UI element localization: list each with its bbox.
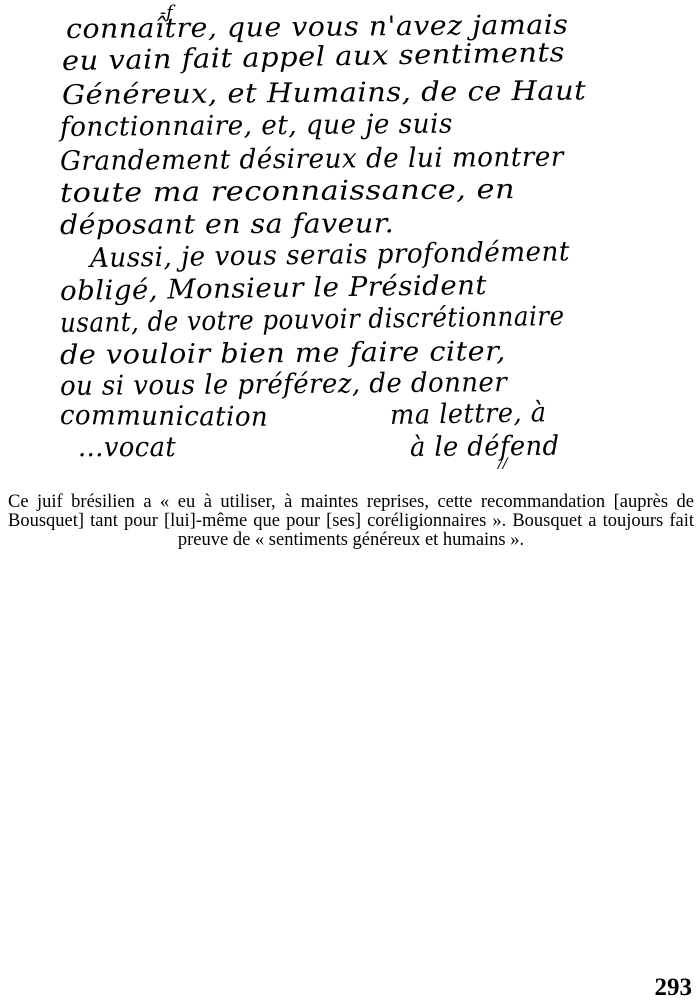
- handwritten-letter-image: -f connaître, que vous n'avez jamais eu …: [0, 0, 700, 460]
- letter-line: toute ma reconnaissance, en: [60, 174, 515, 209]
- letter-line: Grandement désireux de lui montrer: [60, 142, 564, 177]
- letter-line: de vouloir bien me faire citer,: [60, 336, 506, 371]
- letter-fragment: à le défend: [410, 431, 560, 463]
- letter-line: communication: [60, 400, 268, 433]
- letter-line: ...vocat: [78, 432, 176, 463]
- letter-line: ou si vous le préférez, de donner: [60, 367, 507, 402]
- letter-fragment: ma lettre, à: [390, 397, 547, 431]
- letter-line: obligé, Monsieur le Président: [60, 270, 487, 307]
- letter-bottom-mark: //: [498, 456, 507, 472]
- letter-line: déposant en sa faveur.: [60, 208, 394, 241]
- letter-line: fonctionnaire, et, que je suis: [60, 109, 453, 143]
- letter-line: Aussi, je vous serais profondément: [90, 236, 570, 274]
- figure-caption: Ce juif brésilien a « eu à utiliser, à m…: [8, 493, 694, 550]
- letter-line: usant, de votre pouvoir discrétionnaire: [60, 301, 565, 339]
- page-number: 293: [655, 974, 693, 1002]
- letter-line: Généreux, et Humains, de ce Haut: [62, 75, 587, 111]
